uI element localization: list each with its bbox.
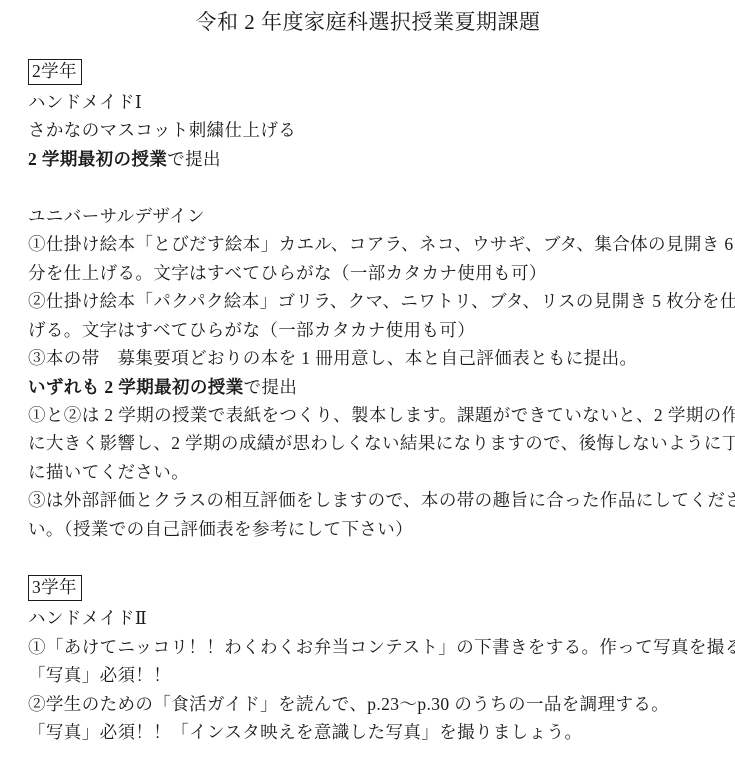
note1-line3: に描いてください。 [28,458,708,486]
section-title-line: ユニバーサルデザイン [28,202,708,230]
note1-line1: ①と②は 2 学期の授業で表紙をつくり、製本します。課題ができていないと、2 学… [28,401,708,429]
item1-line1: ①仕掛け絵本「とびだす絵本」カエル、コアラ、ネコ、ウサギ、ブタ、集合体の見開き … [28,230,708,258]
grade-3-badge: 3学年 [28,575,82,601]
grade-2-section-header: 2学年 [28,58,708,85]
due-all-line: いずれも 2 学期最初の授業で提出 [28,373,708,401]
item3-line: ③本の帯 募集要項どおりの本を 1 冊用意し、本と自己評価表ともに提出。 [28,344,708,372]
grade-3-section-header: 3学年 [28,574,708,601]
due-all-tail: で提出 [244,377,298,397]
note1-line2: に大きく影響し、2 学期の成績が思わしくない結果になりますので、後悔しないように… [28,429,708,457]
photo-note2-line: 「写真」必須！！「インスタ映えを意識した写真」を撮りましょう。 [28,718,708,746]
course-name-line: ハンドメイドⅠ [28,88,708,116]
note2-line2: い。（授業での自己評価表を参考にして下さい） [28,515,708,543]
item2-line2: げる。文字はすべてひらがな（一部カタカナ使用も可） [28,316,708,344]
grade-2-section: ハンドメイドⅠ さかなのマスコット刺繍仕上げる 2 学期最初の授業で提出 ユニバ… [28,88,708,543]
blank-line [28,173,708,201]
note2-line1: ③は外部評価とクラスの相互評価をしますので、本の帯の趣旨に合った作品にしてくださ [28,486,708,514]
due-date-tail: で提出 [167,149,221,169]
item1-line2: 分を仕上げる。文字はすべてひらがな（一部カタカナ使用も可） [28,259,708,287]
item1-line: ①「あけてニッコリ！！わくわくお弁当コンテスト」の下書きをする。作って写真を撮る… [28,633,708,661]
document-page: 令和 2 年度家庭科選択授業夏期課題 2学年 ハンドメイドⅠ さかなのマスコット… [0,0,735,758]
document-title: 令和 2 年度家庭科選択授業夏期課題 [28,8,708,36]
item2-line1: ②仕掛け絵本「パクパク絵本」ゴリラ、クマ、ニワトリ、ブタ、リスの見開き 5 枚分… [28,287,708,315]
course-name-line: ハンドメイドⅡ [28,604,708,632]
task-line: さかなのマスコット刺繍仕上げる [28,116,708,144]
grade-2-badge: 2学年 [28,59,82,85]
grade-3-section: ハンドメイドⅡ ①「あけてニッコリ！！わくわくお弁当コンテスト」の下書きをする。… [28,604,708,746]
due-all-emphasis: いずれも 2 学期最初の授業 [28,377,244,397]
item2-line: ②学生のための「食活ガイド」を読んで、p.23～p.30 のうちの一品を調理する… [28,690,708,718]
photo-note1-line: 「写真」必須！！ [28,661,708,689]
due-date-emphasis: 2 学期最初の授業 [28,149,167,169]
due-date-line: 2 学期最初の授業で提出 [28,145,708,173]
